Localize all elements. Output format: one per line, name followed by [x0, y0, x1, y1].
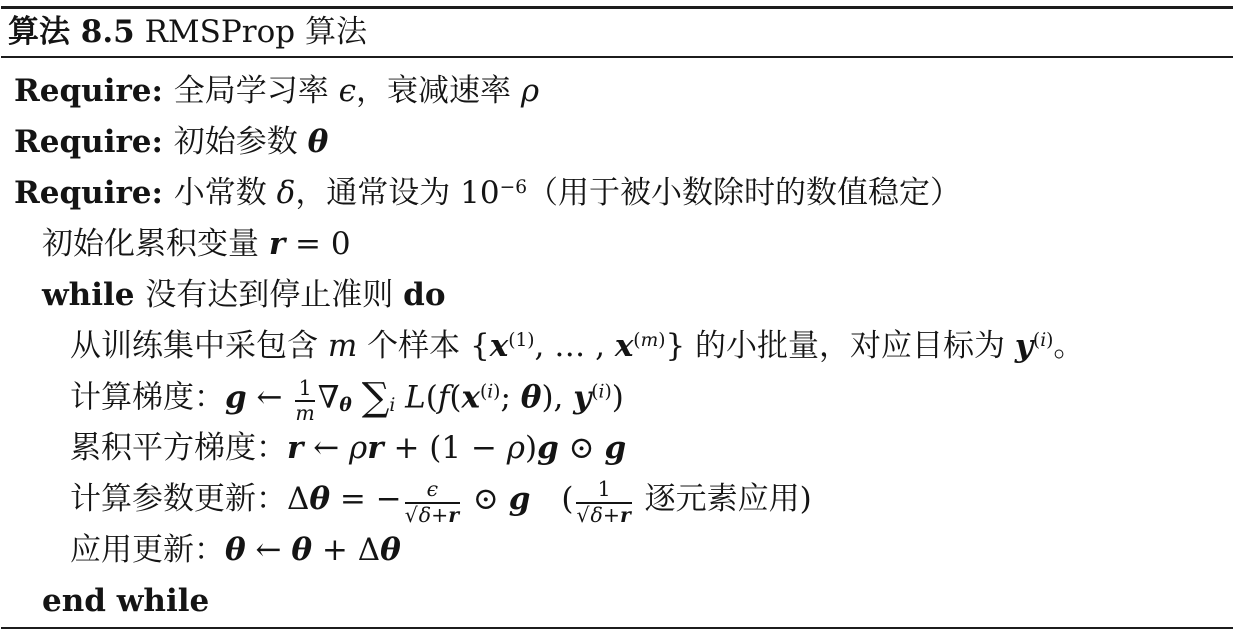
- text-segment: 初始参数: [174, 124, 308, 160]
- text-segment: 个样本 {: [357, 328, 489, 364]
- text-segment: f: [438, 380, 449, 416]
- text-segment: 1: [299, 376, 312, 400]
- radical-sign-icon: √: [576, 503, 589, 527]
- text-segment: ),: [541, 380, 573, 416]
- text-segment: = 0: [285, 226, 350, 262]
- text-segment: y: [573, 380, 591, 416]
- text-segment: 1: [598, 477, 611, 501]
- text-segment: g: [605, 430, 627, 466]
- superscript: (m): [633, 330, 665, 351]
- text-segment: ←: [246, 532, 292, 568]
- text-segment: θ: [521, 380, 542, 416]
- step-init-accumulator: 初始化累积变量 r = 0: [0, 219, 1234, 270]
- text-segment: ;: [500, 380, 520, 416]
- require-global-learning-rate: Require: 全局学习率 ϵ，衰减速率 ρ: [0, 66, 1234, 117]
- superscript: (i): [591, 381, 611, 402]
- algorithm-body: Require: 全局学习率 ϵ，衰减速率 ρ Require: 初始参数 θ …: [0, 58, 1234, 627]
- text-segment: δ: [591, 503, 603, 527]
- text-segment: Require:: [14, 73, 174, 109]
- text-segment: g: [509, 481, 531, 517]
- text-segment: m: [295, 401, 314, 425]
- text-segment: θ: [225, 532, 246, 568]
- fraction-numerator: 1: [295, 378, 314, 402]
- while-loop-header: while 没有达到停止准则 do: [0, 270, 1234, 321]
- radicand: δ+r: [590, 502, 632, 527]
- text-segment: m: [641, 330, 659, 351]
- text-segment: = −: [330, 481, 402, 517]
- text-segment: [352, 380, 362, 416]
- text-segment: (1): [508, 330, 534, 351]
- text-segment: L: [405, 380, 426, 416]
- text-segment: 累积平方梯度：: [70, 430, 287, 466]
- subscript: θ: [339, 395, 351, 416]
- text-segment: 初始化累积变量: [42, 226, 269, 262]
- step-compute-gradient: 计算梯度：g ← 1m∇θ ∑i L(f(x(i); θ), y(i)): [0, 372, 1234, 423]
- text-segment: ，通常设为 10: [295, 175, 499, 211]
- step-apply-update: 应用更新：θ ← θ + Δθ: [0, 525, 1234, 576]
- text-segment: g: [225, 380, 247, 416]
- text-segment: ): [525, 430, 537, 466]
- fraction-denominator: m: [295, 402, 314, 424]
- text-segment: x: [461, 380, 479, 416]
- step-sample-minibatch: 从训练集中采包含 m 个样本 {x(1), … , x(m)} 的小批量，对应目…: [0, 321, 1234, 372]
- text-segment: 算法 8.5: [8, 14, 135, 50]
- text-segment: Require:: [14, 124, 174, 160]
- text-segment: (: [530, 481, 573, 517]
- text-segment: δ: [277, 175, 296, 211]
- fraction-numerator: 1: [576, 479, 631, 503]
- radicand: δ+r: [418, 502, 460, 527]
- math-fraction: 1m: [295, 378, 314, 425]
- text-segment: r: [367, 430, 383, 466]
- math-sqrt: √δ+r: [576, 502, 631, 527]
- text-segment: r: [269, 226, 285, 262]
- text-segment: + (1 −: [384, 430, 507, 466]
- fraction-denominator: √δ+r: [576, 504, 631, 526]
- text-segment: 应用更新：: [70, 532, 225, 568]
- radical-sign-icon: √: [405, 503, 418, 527]
- superscript: (1): [508, 330, 534, 351]
- text-segment: θ: [339, 395, 351, 416]
- text-segment: 全局学习率: [174, 73, 339, 109]
- text-segment: ，衰减速率: [356, 73, 521, 109]
- text-segment: θ: [309, 481, 330, 517]
- text-segment: 从训练集中采包含: [70, 328, 328, 364]
- math-fraction: ϵ√δ+r: [405, 479, 460, 526]
- text-segment: ϵ: [339, 73, 356, 109]
- text-segment: θ: [308, 124, 329, 160]
- text-segment: , … ,: [535, 328, 615, 364]
- text-segment: r: [448, 503, 459, 527]
- text-segment: end while: [42, 583, 209, 619]
- text-segment: θ: [380, 532, 401, 568]
- text-segment: δ: [419, 503, 431, 527]
- fraction-numerator: ϵ: [405, 479, 460, 503]
- text-segment: (: [449, 380, 461, 416]
- summation-symbol: ∑: [362, 375, 390, 420]
- text-segment: while: [42, 277, 145, 313]
- text-segment: +: [603, 503, 620, 527]
- text-segment: ∇: [318, 380, 340, 416]
- text-segment: −6: [500, 177, 527, 198]
- text-segment: ϵ: [427, 477, 438, 501]
- text-segment: (: [633, 330, 640, 351]
- text-segment: ): [604, 381, 611, 402]
- end-while: end while: [0, 576, 1234, 627]
- text-segment: RMSProp 算法: [135, 14, 367, 50]
- text-segment: } 的小批量，对应目标为: [665, 328, 1014, 364]
- text-segment: Require:: [14, 175, 174, 211]
- text-segment: 计算参数更新：Δ: [70, 481, 309, 517]
- require-initial-parameters: Require: 初始参数 θ: [0, 117, 1234, 168]
- text-segment: 小常数: [174, 175, 277, 211]
- text-segment: ρ: [349, 430, 367, 466]
- text-segment: (: [591, 381, 598, 402]
- text-segment: y: [1015, 328, 1033, 364]
- text-segment: ρ: [521, 73, 539, 109]
- superscript: (i): [1033, 330, 1053, 351]
- bottom-rule: [1, 627, 1233, 629]
- text-segment: 计算梯度：: [70, 380, 225, 416]
- text-segment: r: [620, 503, 631, 527]
- algorithm-page: 算法 8.5 RMSProp 算法 Require: 全局学习率 ϵ，衰减速率 …: [0, 6, 1234, 640]
- text-segment: ρ: [507, 430, 525, 466]
- text-segment: ←: [303, 430, 349, 466]
- text-segment: ): [612, 380, 624, 416]
- require-small-constant: Require: 小常数 δ，通常设为 10−6（用于被小数除时的数值稳定）: [0, 168, 1234, 219]
- step-compute-parameter-update: 计算参数更新：Δθ = −ϵ√δ+r ⊙ g (1√δ+r 逐元素应用): [0, 474, 1234, 525]
- text-segment: m: [328, 328, 357, 364]
- text-segment: do: [403, 277, 445, 313]
- math-fraction: 1√δ+r: [576, 479, 631, 526]
- text-segment: 逐元素应用): [635, 481, 812, 517]
- text-segment: [395, 380, 405, 416]
- text-segment: θ: [291, 532, 312, 568]
- text-segment: g: [537, 430, 559, 466]
- text-segment: x: [615, 328, 633, 364]
- text-segment: +: [431, 503, 448, 527]
- text-segment: + Δ: [312, 532, 380, 568]
- superscript: −6: [500, 177, 527, 198]
- text-segment: (: [426, 380, 438, 416]
- superscript: (i): [480, 381, 500, 402]
- math-sqrt: √δ+r: [405, 502, 460, 527]
- text-segment: r: [287, 430, 303, 466]
- text-segment: ⊙: [559, 430, 605, 466]
- text-segment: x: [490, 328, 508, 364]
- fraction-denominator: √δ+r: [405, 504, 460, 526]
- step-accumulate-squared-gradient: 累积平方梯度：r ← ρr + (1 − ρ)g ⊙ g: [0, 423, 1234, 474]
- text-segment: 没有达到停止准则: [145, 277, 403, 313]
- text-segment: ←: [247, 380, 293, 416]
- text-segment: 。: [1053, 328, 1084, 364]
- text-segment: （用于被小数除时的数值稳定）: [527, 175, 961, 211]
- algorithm-title: 算法 8.5 RMSProp 算法: [0, 9, 1234, 56]
- text-segment: ⊙: [463, 481, 509, 517]
